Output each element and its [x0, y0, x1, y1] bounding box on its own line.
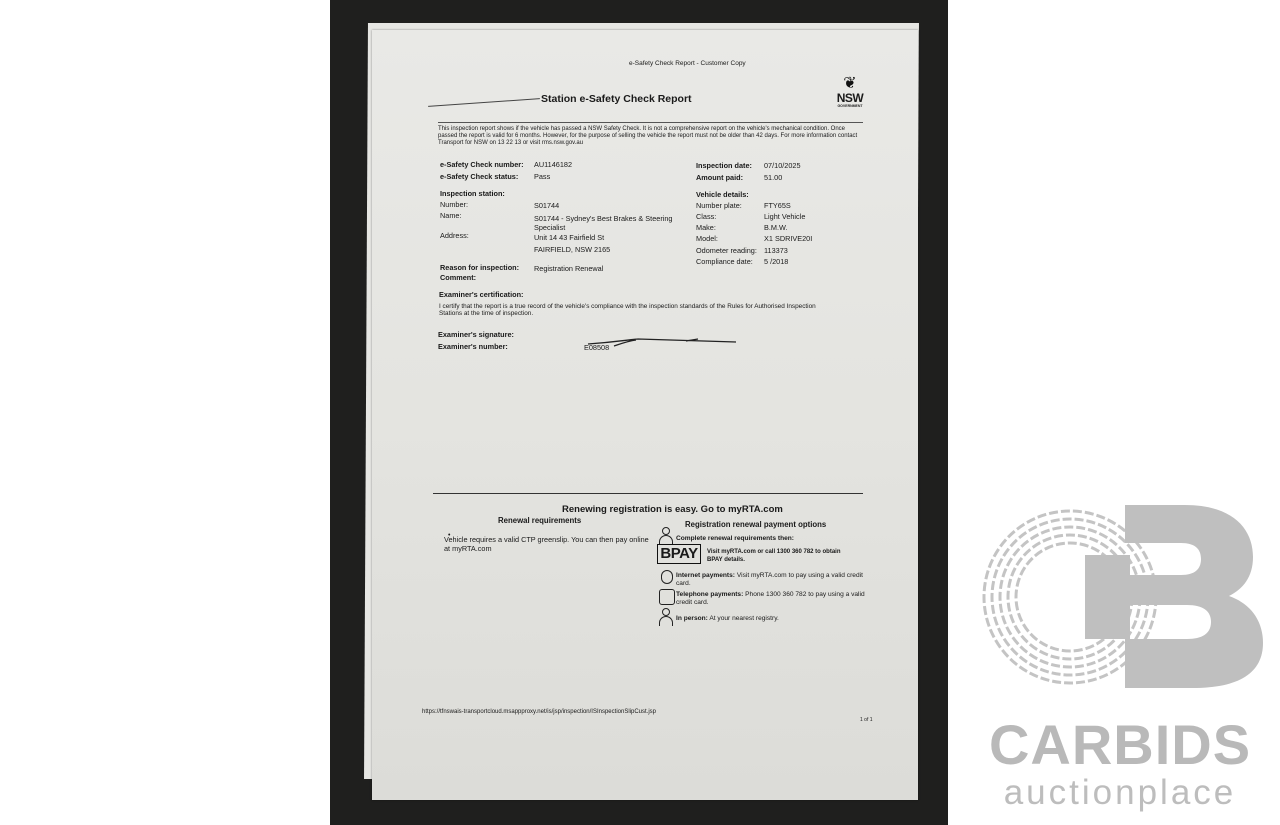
pen-mark — [428, 98, 540, 107]
vehicle-detail-value: B.M.W. — [764, 223, 788, 232]
watermark-brand: CARBIDS — [975, 717, 1265, 773]
examiner-number-label: Examiner's number: — [438, 342, 508, 351]
station-address-line1: Unit 14 43 Fairfield St — [534, 233, 604, 242]
check-status-label: e-Safety Check status: — [440, 172, 518, 181]
check-number-label: e-Safety Check number: — [440, 160, 524, 169]
vehicle-detail-label: Odometer reading: — [696, 246, 757, 255]
station-address-label: Address: — [440, 231, 469, 240]
certification-heading: Examiner's certification: — [439, 290, 523, 299]
report-title: Station e-Safety Check Report — [541, 93, 692, 105]
vehicle-detail-value: 113373 — [764, 246, 788, 255]
renewal-divider — [433, 493, 863, 494]
vehicle-detail-label: Model: — [696, 234, 718, 243]
in-person-text: At your nearest registry. — [709, 615, 779, 622]
station-number-label: Number: — [440, 200, 468, 209]
telephone-payments-label: Telephone payments: — [676, 591, 743, 598]
waratah-flower-icon: ❦ — [832, 76, 868, 92]
reason-value: Registration Renewal — [534, 264, 603, 273]
logo-subtitle: GOVERNMENT — [832, 104, 868, 108]
signature-label: Examiner's signature: — [438, 330, 514, 339]
internet-payments-label: Internet payments: — [676, 572, 735, 579]
payment-step-telephone: Telephone payments: Phone 1300 360 782 t… — [676, 591, 866, 607]
amount-paid-value: 51.00 — [764, 173, 782, 182]
telephone-icon — [659, 589, 675, 605]
document-page: e-Safety Check Report - Customer Copy St… — [372, 30, 918, 800]
amount-paid-label: Amount paid: — [696, 173, 743, 182]
vehicle-detail-value: 5 /2018 — [764, 257, 788, 266]
requirement-text: Vehicle requires a valid CTP greenslip. … — [444, 535, 654, 553]
bpay-logo: BPAY — [657, 544, 701, 564]
examiner-number-value: E08508 — [584, 343, 609, 352]
carbids-watermark: CARBIDS auctionplace — [975, 505, 1265, 815]
mouse-icon — [661, 570, 673, 584]
payment-options-heading: Registration renewal payment options — [685, 520, 826, 529]
vehicle-detail-value: FTY65S — [764, 201, 791, 210]
header-divider — [438, 122, 863, 123]
reason-label: Reason for inspection: — [440, 263, 519, 272]
vehicle-heading: Vehicle details: — [696, 190, 749, 199]
carbids-logo-mark — [975, 505, 1265, 695]
renewal-banner: Renewing registration is easy. Go to myR… — [562, 504, 783, 515]
logo-name: NSW — [832, 92, 868, 104]
station-number-value: S01744 — [534, 201, 559, 210]
station-name-line2: Specialist — [534, 223, 565, 232]
comment-label: Comment: — [440, 273, 476, 282]
station-name-line1: S01744 - Sydney's Best Brakes & Steering — [534, 214, 673, 223]
vehicle-detail-label: Make: — [696, 223, 716, 232]
vehicle-detail-label: Compliance date: — [696, 257, 753, 266]
inspection-date-value: 07/10/2025 — [764, 161, 801, 170]
vehicle-detail-label: Class: — [696, 212, 716, 221]
footer-page-number: 1 of 1 — [860, 717, 873, 723]
requirements-heading: Renewal requirements — [498, 516, 581, 525]
payment-step-bpay: Visit myRTA.com or call 1300 360 782 to … — [707, 548, 857, 564]
vehicle-detail-value: X1 SDRIVE20I — [764, 234, 812, 243]
certification-text: I certify that the report is a true reco… — [439, 303, 839, 317]
footer-url: https://tfnswais-transportcloud.msapppro… — [422, 709, 656, 715]
inspection-date-label: Inspection date: — [696, 161, 752, 170]
vehicle-detail-value: Light Vehicle — [764, 212, 805, 221]
check-status-value: Pass — [534, 172, 550, 181]
payment-step-complete: Complete renewal requirements then: — [676, 535, 856, 543]
nsw-government-logo: ❦ NSW GOVERNMENT — [832, 76, 868, 118]
vehicle-detail-label: Number plate: — [696, 201, 742, 210]
station-name-label: Name: — [440, 211, 462, 220]
in-person-label: In person: — [676, 615, 708, 622]
payment-step-internet: Internet payments: Visit myRTA.com to pa… — [676, 572, 866, 588]
station-address-line2: FAIRFIELD, NSW 2165 — [534, 245, 610, 254]
station-heading: Inspection station: — [440, 189, 505, 198]
customer-copy-note: e-Safety Check Report - Customer Copy — [629, 60, 746, 67]
check-number-value: AU1146182 — [534, 160, 572, 169]
intro-paragraph: This inspection report shows if the vehi… — [438, 126, 863, 147]
payment-step-in-person: In person: At your nearest registry. — [676, 615, 866, 623]
watermark-tagline: auctionplace — [975, 775, 1265, 811]
person-icon — [658, 608, 674, 628]
